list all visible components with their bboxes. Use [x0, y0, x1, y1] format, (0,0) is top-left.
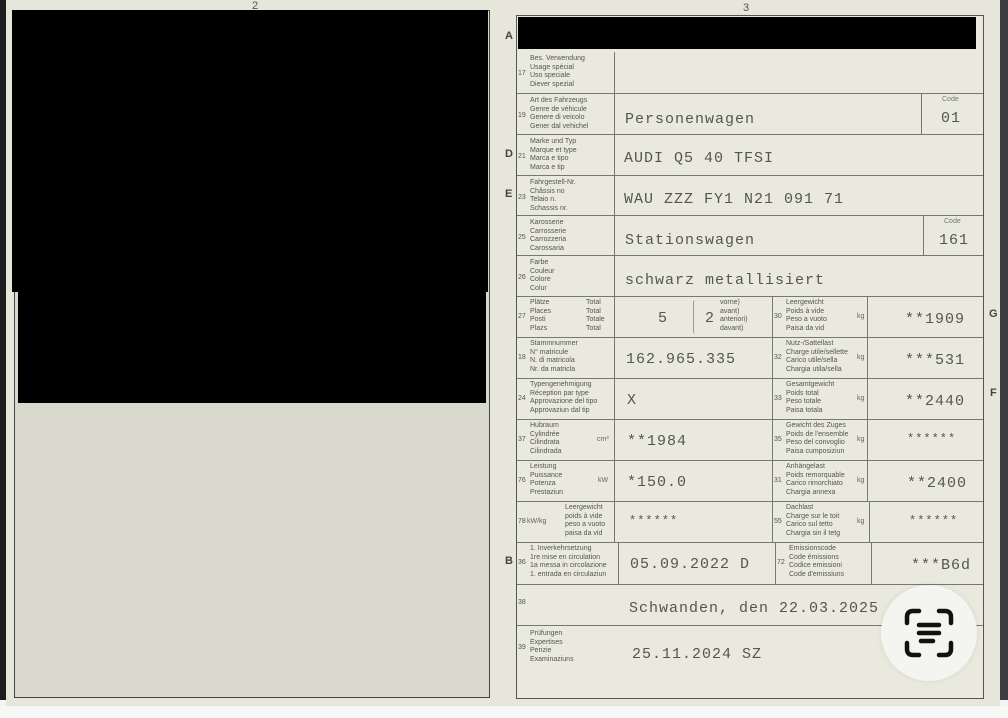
redaction-block	[18, 290, 486, 403]
field-row-23: 23 Fahrgestell-Nr.Châssis noTelaio n.Sch…	[517, 176, 983, 216]
empty-weight-value: **1909	[905, 311, 965, 328]
field-label: Marke und TypMarque et typeMarca e tipoM…	[530, 138, 577, 172]
margin-letter-e: E	[505, 188, 512, 200]
scan-text-button[interactable]	[881, 585, 977, 681]
margin-letter-a: A	[505, 30, 513, 42]
field-label: KarosserieCarrosserieCarrozzeriaCarossar…	[530, 219, 566, 253]
field-label: PlätzePlacesPostiPlazs	[530, 299, 551, 333]
field-row-19: 19 Art des FahrzeugsGenre de véhiculeGen…	[517, 94, 983, 135]
field-label: Art des FahrzeugsGenre de véhiculeGenere…	[530, 97, 588, 131]
page-number-right: 3	[743, 2, 749, 14]
margin-letter-f: F	[990, 387, 997, 399]
redaction-block	[518, 17, 976, 49]
vehicle-kind-value: Personenwagen	[625, 111, 755, 128]
body-type-code: 161	[939, 232, 969, 249]
total-weight-value: **2440	[905, 393, 965, 410]
displacement-value: **1984	[627, 433, 687, 450]
first-registration-value: 05.09.2022 D	[630, 556, 750, 573]
text-scan-icon	[901, 605, 957, 661]
field-label: Fahrgestell-Nr.Châssis noTelaio n.Schass…	[530, 179, 576, 213]
emission-code-value: ***B6d	[911, 557, 971, 574]
seats-front-value: 2	[705, 310, 715, 327]
field-row-76-31: 76 LeistungPuissancePotenzaPrestaziun kW…	[517, 461, 983, 502]
power-value: *150.0	[627, 474, 687, 491]
field-row-27-30: 27 PlätzePlacesPostiPlazs TotalTotalTota…	[517, 297, 983, 338]
field-row-24-33: 24 TypengenehmigungRéception par typeApp…	[517, 379, 983, 420]
field-label: FarbeCouleurColoreColur	[530, 259, 555, 293]
inspection-value: 25.11.2024 SZ	[632, 646, 762, 663]
field-row-21: 21 Marke und TypMarque et typeMarca e ti…	[517, 135, 983, 176]
train-weight-value: ******	[907, 432, 956, 446]
field-row-78-55: 78 kW/kg Leergewichtpoids à videpeso a v…	[517, 502, 983, 543]
field-row-18-32: 18 StammnummerN° matriculeN. di matricol…	[517, 338, 983, 379]
field-label: Bes. VerwendungUsage spécialUso speciale…	[530, 55, 585, 89]
vehicle-kind-code: 01	[941, 110, 961, 127]
field-row-25: 25 KarosserieCarrosserieCarrozzeriaCaros…	[517, 216, 983, 256]
place-date-value: Schwanden, den 22.03.2025	[629, 600, 879, 617]
body-type-value: Stationswagen	[625, 232, 755, 249]
make-model-value: AUDI Q5 40 TFSI	[624, 150, 774, 167]
bottom-strip	[0, 706, 1008, 718]
roof-load-value: ******	[909, 514, 958, 528]
margin-letter-b: B	[505, 555, 513, 567]
seats-total-value: 5	[658, 310, 668, 327]
field-row-17: 17 Bes. VerwendungUsage spécialUso speci…	[517, 52, 983, 94]
margin-letter-d: D	[505, 148, 513, 160]
master-number-value: 162.965.335	[626, 351, 736, 368]
color-value: schwarz metallisiert	[625, 272, 825, 289]
trailer-load-value: **2400	[907, 475, 967, 492]
type-approval-value: X	[627, 392, 637, 409]
field-row-26: 26 FarbeCouleurColoreColur schwarz metal…	[517, 256, 983, 297]
field-row-36-72: 36 1. Inverkehrsetzung1re mise en circul…	[517, 543, 983, 585]
payload-value: ***531	[905, 352, 965, 369]
redaction-block	[12, 10, 488, 292]
power-weight-ratio-value: ******	[629, 514, 678, 528]
chassis-number-value: WAU ZZZ FY1 N21 091 71	[624, 191, 844, 208]
field-row-37-35: 37 HubraumCylindréeCilindrataCilindrada …	[517, 420, 983, 461]
margin-letter-g: G	[989, 308, 998, 320]
